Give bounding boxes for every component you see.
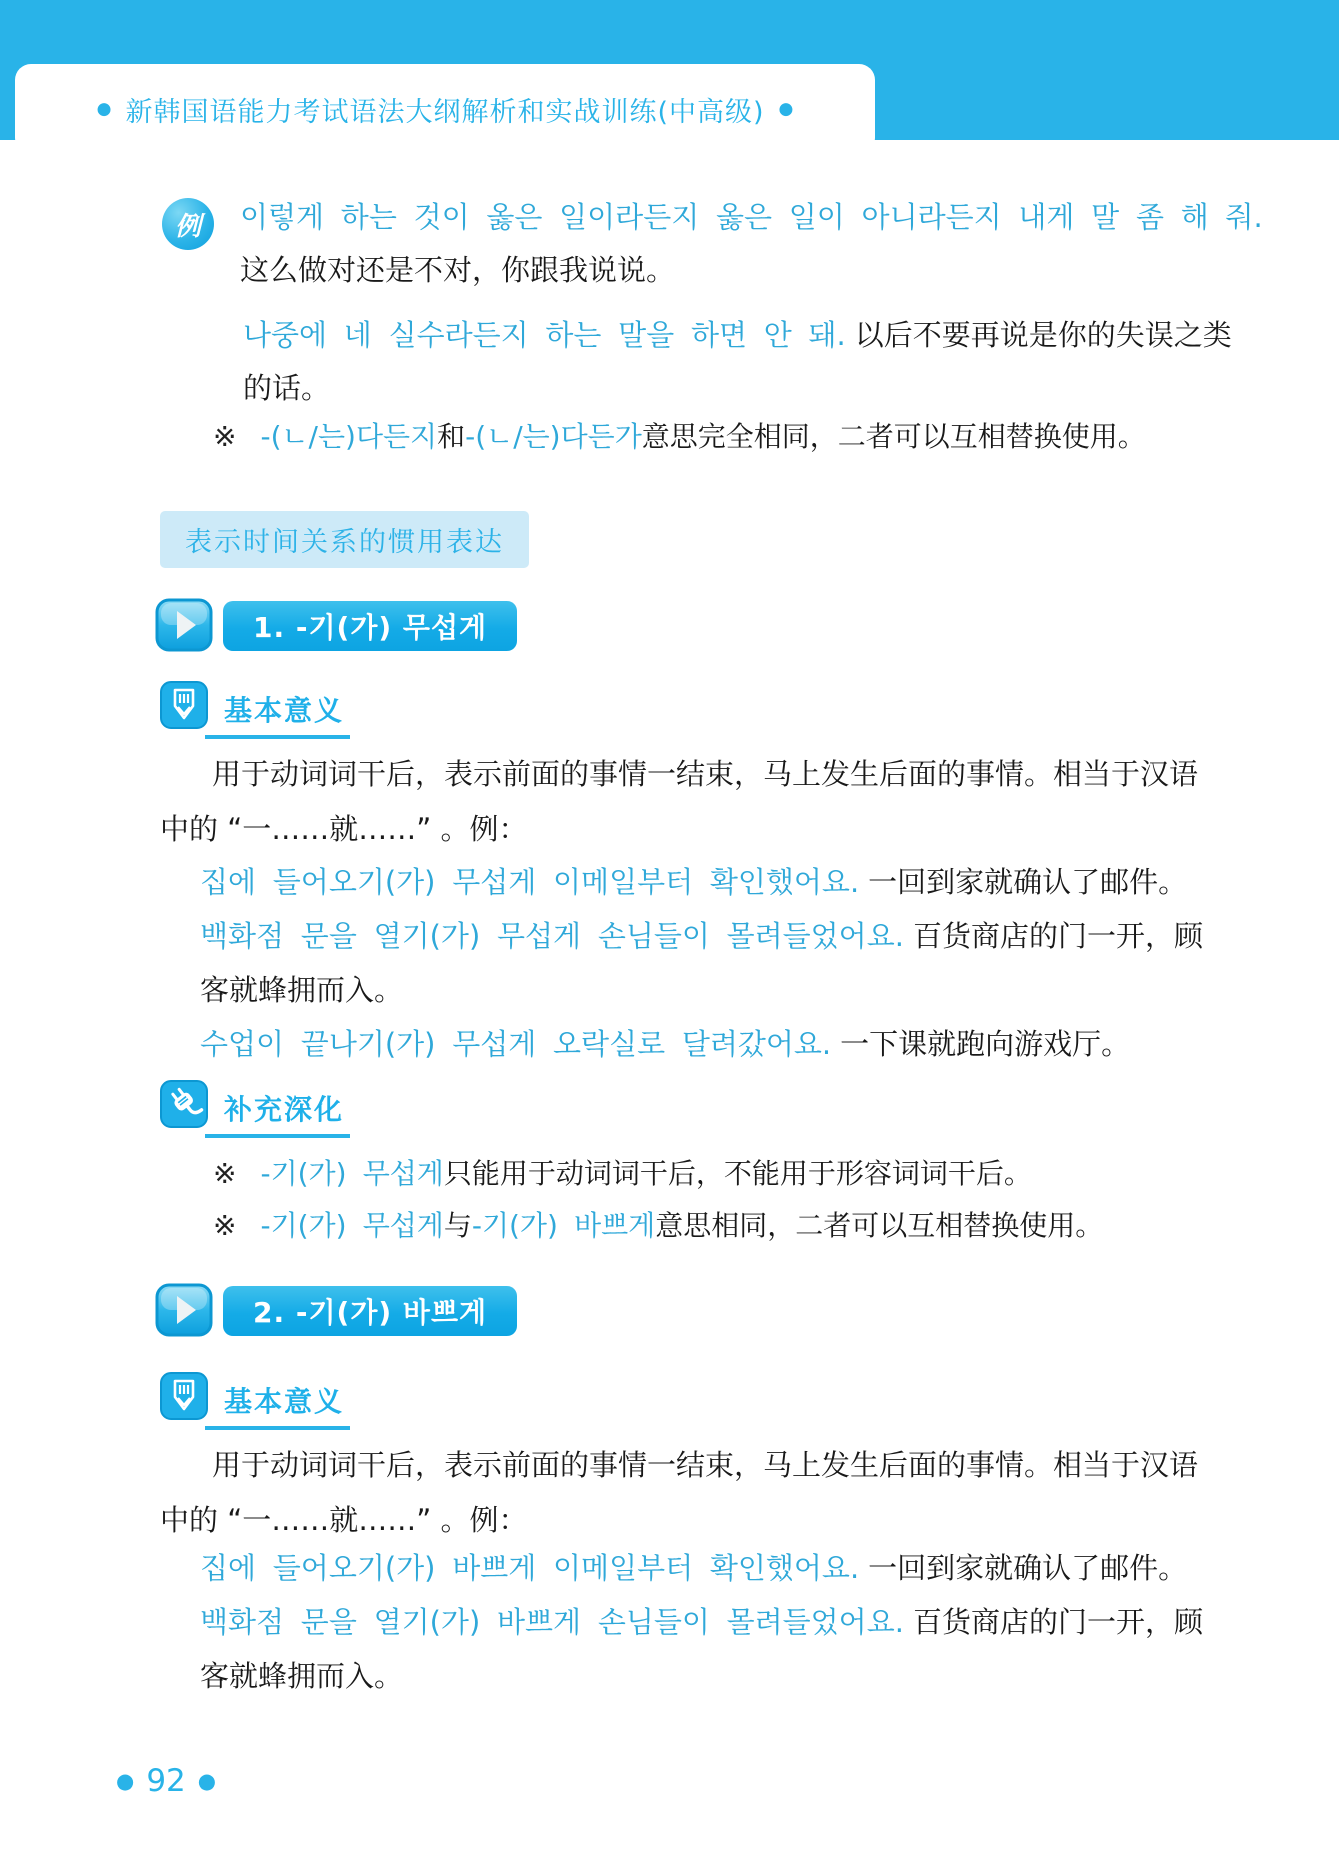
- bullet-icon: ●: [97, 101, 112, 118]
- paragraph-line: 中的 “一……就……” 。例：: [160, 1501, 528, 1539]
- page-footer: ● 92 ●: [116, 1763, 216, 1799]
- chinese-text: 中的 “一……就……” 。例：: [160, 812, 528, 846]
- korean-example: 집에 들어오기(가) 바쁘게 이메일부터 확인했어요.一回到家就确认了邮件。: [200, 1549, 1187, 1587]
- chinese-text: 这么做对还是不对，你跟我说说。: [240, 253, 675, 287]
- chinese-text: 与: [444, 1209, 472, 1242]
- chinese-text: 百货商店的门一开，顾: [913, 1605, 1203, 1639]
- korean-text: -(ㄴ/는)다든지: [260, 420, 437, 453]
- heading-underline: [205, 735, 350, 739]
- chinese-text: 的话。: [243, 371, 330, 405]
- korean-example: 백화점 문을 열기(가) 바쁘게 손님들이 몰려들었어요.百货商店的门一开，顾: [200, 1603, 1203, 1641]
- meaning-heading: 基本意义: [224, 1380, 344, 1420]
- play-icon: [155, 598, 213, 652]
- usage-note: ※-기(가) 무섭게与-기(가) 바쁘게意思相同，二者可以互相替换使用。: [213, 1207, 1103, 1245]
- paragraph-line: 中的 “一……就……” 。例：: [160, 810, 528, 848]
- chinese-text: 用于动词词干后，表示前面的事情一结束，马上发生后面的事情。相当于汉语: [212, 1448, 1198, 1482]
- korean-example: 백화점 문을 열기(가) 무섭게 손님들이 몰려들었어요.百货商店的门一开，顾: [200, 917, 1203, 955]
- chinese-text: 用于动词词干后，表示前面的事情一结束，马上发生后面的事情。相当于汉语: [212, 757, 1198, 791]
- korean-text: 백화점 문을 열기(가) 무섭게 손님들이 몰려들었어요.: [200, 919, 904, 953]
- korean-text: 백화점 문을 열기(가) 바쁘게 손님들이 몰려들었어요.: [200, 1605, 904, 1639]
- korean-text: 나중에 네 실수라든지 하는 말을 하면 안 돼.: [243, 318, 846, 352]
- korean-text: -기(가) 바쁘게: [472, 1209, 655, 1242]
- chinese-text: 客就蜂拥而入。: [200, 1659, 403, 1693]
- chinese-translation: 客就蜂拥而入。: [200, 1657, 403, 1695]
- supplement-heading: 补充深化: [224, 1088, 344, 1128]
- korean-text: 이렇게 하는 것이 옳은 일이라든지 옳은 일이 아니라든지 내게 말 좀 해 …: [240, 200, 1263, 234]
- chinese-translation: 客就蜂拥而入。: [200, 971, 403, 1009]
- section-title-pill: 1. -기(가) 무섭게: [223, 601, 517, 651]
- korean-text: -기(가) 무섭게: [260, 1157, 443, 1190]
- chinese-text: 一回到家就确认了邮件。: [868, 1551, 1187, 1585]
- note-marker: ※: [213, 1157, 236, 1190]
- chinese-text: 只能用于动词词干后，不能用于形容词词干后。: [444, 1157, 1032, 1190]
- korean-text: 집에 들어오기(가) 무섭게 이메일부터 확인했어요.: [200, 865, 859, 899]
- chinese-text: 中的 “一……就……” 。例：: [160, 1503, 528, 1537]
- korean-example: 집에 들어오기(가) 무섭게 이메일부터 확인했어요.一回到家就确认了邮件。: [200, 863, 1187, 901]
- book-page: ● 新韩国语能力考试语法大纲解析和实战训练(中高级) ● 例 이렇게 하는 것이…: [0, 0, 1339, 1851]
- shield-icon: [160, 1372, 208, 1420]
- chinese-text: 以后不要再说是你的失误之类: [855, 318, 1232, 352]
- chinese-text: 一回到家就确认了邮件。: [868, 865, 1187, 899]
- section-title-pill: 2. -기(가) 바쁘게: [223, 1286, 517, 1336]
- korean-text: -(ㄴ/는)다든가: [465, 420, 642, 453]
- usage-note: ※-기(가) 무섭게只能用于动词词干后，不能用于形容词词干后。: [213, 1155, 1032, 1193]
- usage-note: ※-(ㄴ/는)다든지和-(ㄴ/는)다든가意思完全相同，二者可以互相替换使用。: [213, 418, 1146, 456]
- book-title: 新韩国语能力考试语法大纲解析和实战训练(中高级): [125, 90, 764, 129]
- example-badge-icon: 例: [162, 198, 214, 250]
- paragraph-line: 用于动词词干后，表示前面的事情一结束，马上发生后面的事情。相当于汉语: [212, 1446, 1198, 1484]
- page-number: 92: [146, 1763, 185, 1799]
- chinese-text: 意思完全相同，二者可以互相替换使用。: [642, 420, 1146, 453]
- play-icon: [155, 1283, 213, 1337]
- header-box: ● 新韩国语能力考试语法大纲解析和实战训练(中高级) ●: [15, 64, 875, 154]
- korean-example: 수업이 끝나기(가) 무섭게 오락실로 달려갔어요.一下课就跑向游戏厅。: [200, 1025, 1130, 1063]
- topic-label: 表示时间关系的惯用表达: [160, 511, 529, 568]
- korean-text: 집에 들어오기(가) 바쁘게 이메일부터 확인했어요.: [200, 1551, 859, 1585]
- chinese-text: 和: [437, 420, 465, 453]
- chinese-translation: 这么做对还是不对，你跟我说说。: [240, 251, 675, 289]
- bullet-icon: ●: [779, 101, 794, 118]
- note-marker: ※: [213, 1209, 236, 1242]
- plug-icon: [160, 1080, 208, 1128]
- chinese-text: 意思相同，二者可以互相替换使用。: [655, 1209, 1103, 1242]
- korean-text: -기(가) 무섭게: [260, 1209, 443, 1242]
- korean-text: 수업이 끝나기(가) 무섭게 오락실로 달려갔어요.: [200, 1027, 831, 1061]
- chinese-text: 一下课就跑向游戏厅。: [840, 1027, 1130, 1061]
- heading-underline: [205, 1134, 350, 1138]
- bullet-icon: ●: [116, 1771, 134, 1792]
- chinese-text: 百货商店的门一开，顾: [913, 919, 1203, 953]
- chinese-translation: 的话。: [243, 369, 330, 407]
- chinese-text: 客就蜂拥而入。: [200, 973, 403, 1007]
- example-badge-label: 例: [175, 206, 201, 243]
- korean-sentence: 이렇게 하는 것이 옳은 일이라든지 옳은 일이 아니라든지 내게 말 좀 해 …: [240, 198, 1263, 236]
- paragraph-line: 用于动词词干后，表示前面的事情一结束，马上发生后面的事情。相当于汉语: [212, 755, 1198, 793]
- meaning-heading: 基本意义: [224, 689, 344, 729]
- shield-icon: [160, 681, 208, 729]
- bullet-icon: ●: [198, 1771, 216, 1792]
- note-marker: ※: [213, 420, 236, 453]
- korean-sentence: 나중에 네 실수라든지 하는 말을 하면 안 돼.以后不要再说是你的失误之类: [243, 316, 1232, 354]
- heading-underline: [205, 1426, 350, 1430]
